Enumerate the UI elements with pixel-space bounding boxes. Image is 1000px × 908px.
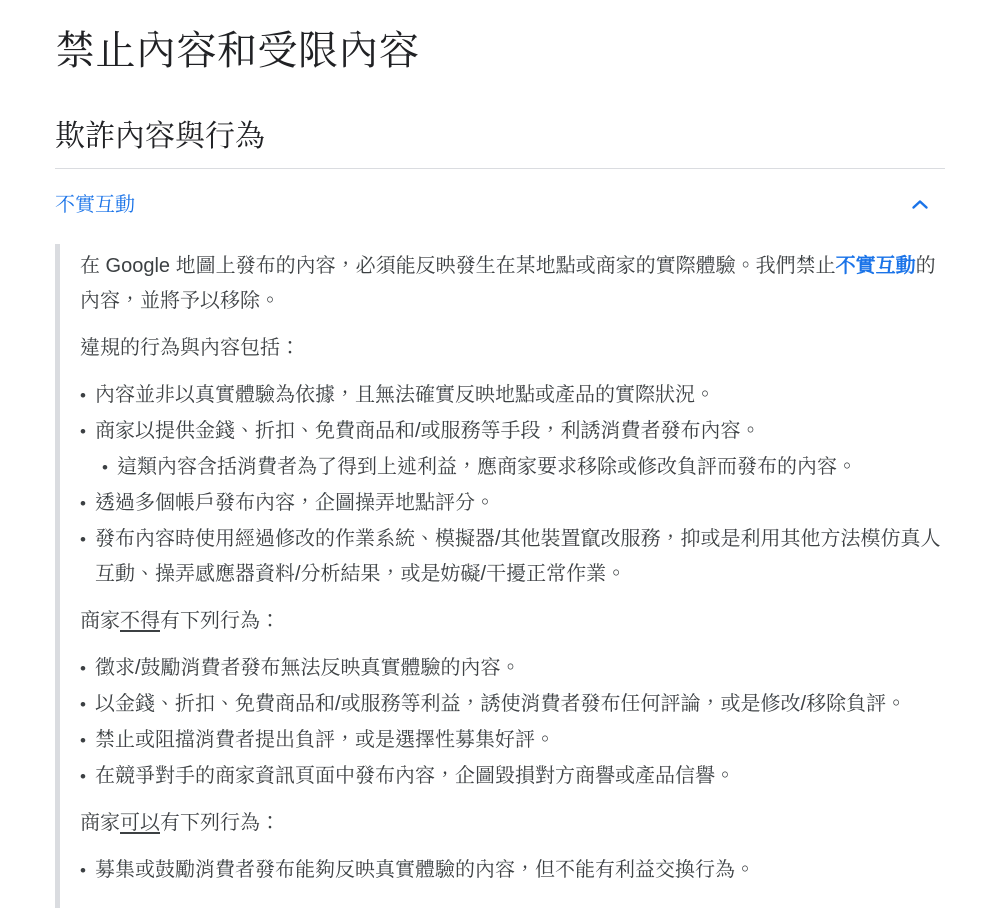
list-item: 內容並非以真實體驗為依據，且無法確實反映地點或產品的實際狀況。 bbox=[80, 378, 945, 413]
list-item: 這類內容含括消費者為了得到上述利益，應商家要求移除或修改負評而發布的內容。 bbox=[102, 450, 945, 485]
list-item: 商家以提供金錢、折扣、免費商品和/或服務等手段，利誘消費者發布內容。 這類內容含… bbox=[80, 414, 945, 485]
violations-intro: 違規的行為與內容包括： bbox=[80, 331, 945, 366]
nested-list: 這類內容含括消費者為了得到上述利益，應商家要求移除或修改負評而發布的內容。 bbox=[102, 450, 945, 485]
list-item-text: 這類內容含括消費者為了得到上述利益，應商家要求移除或修改負評而發布的內容。 bbox=[117, 456, 857, 478]
list-item-text: 透過多個帳戶發布內容，企圖操弄地點評分。 bbox=[95, 492, 495, 514]
list-item-text: 以金錢、折扣、免費商品和/或服務等利益，誘使消費者發布任何評論，或是修改/移除負… bbox=[95, 693, 906, 715]
list-item: 以金錢、折扣、免費商品和/或服務等利益，誘使消費者發布任何評論，或是修改/移除負… bbox=[80, 687, 945, 722]
may-suffix: 有下列行為： bbox=[160, 812, 280, 834]
may-list: 募集或鼓勵消費者發布能夠反映真實體驗的內容，但不能有利益交換行為。 bbox=[80, 853, 945, 888]
must-not-prefix: 商家 bbox=[80, 610, 120, 632]
section-divider bbox=[55, 168, 945, 169]
must-not-keyword: 不得 bbox=[120, 610, 160, 632]
list-item-text: 禁止或阻擋消費者提出負評，或是選擇性募集好評。 bbox=[95, 729, 555, 751]
fake-engagement-inline-link[interactable]: 不實互動 bbox=[836, 255, 916, 277]
chevron-up-icon[interactable] bbox=[907, 192, 933, 218]
list-item-text: 內容並非以真實體驗為依據，且無法確實反映地點或產品的實際狀況。 bbox=[95, 384, 715, 406]
must-not-intro: 商家不得有下列行為： bbox=[80, 604, 945, 639]
list-item-text: 募集或鼓勵消費者發布能夠反映真實體驗的內容，但不能有利益交換行為。 bbox=[95, 859, 755, 881]
list-item: 在競爭對手的商家資訊頁面中發布內容，企圖毀損對方商譽或產品信譽。 bbox=[80, 759, 945, 794]
list-item-text: 商家以提供金錢、折扣、免費商品和/或服務等手段，利誘消費者發布內容。 bbox=[95, 420, 761, 442]
accordion-header-fake-engagement[interactable]: 不實互動 bbox=[55, 192, 945, 218]
accordion-title-link[interactable]: 不實互動 bbox=[55, 193, 135, 217]
intro-text-before: 在 Google 地圖上發布的內容，必須能反映發生在某地點或商家的實際體驗。我們… bbox=[80, 255, 836, 277]
must-not-suffix: 有下列行為： bbox=[160, 610, 280, 632]
may-prefix: 商家 bbox=[80, 812, 120, 834]
list-item: 禁止或阻擋消費者提出負評，或是選擇性募集好評。 bbox=[80, 723, 945, 758]
list-item: 發布內容時使用經過修改的作業系統、模擬器/其他裝置竄改服務，抑或是利用其他方法模… bbox=[80, 522, 945, 592]
list-item: 透過多個帳戶發布內容，企圖操弄地點評分。 bbox=[80, 486, 945, 521]
violations-list: 內容並非以真實體驗為依據，且無法確實反映地點或產品的實際狀況。 商家以提供金錢、… bbox=[80, 378, 945, 592]
list-item-text: 在競爭對手的商家資訊頁面中發布內容，企圖毀損對方商譽或產品信譽。 bbox=[95, 765, 735, 787]
may-keyword: 可以 bbox=[120, 812, 160, 834]
section-title: 欺詐內容與行為 bbox=[55, 118, 945, 156]
list-item: 徵求/鼓勵消費者發布無法反映真實體驗的內容。 bbox=[80, 651, 945, 686]
list-item-text: 徵求/鼓勵消費者發布無法反映真實體驗的內容。 bbox=[95, 657, 521, 679]
list-item-text: 發布內容時使用經過修改的作業系統、模擬器/其他裝置竄改服務，抑或是利用其他方法模… bbox=[95, 528, 941, 585]
list-item: 募集或鼓勵消費者發布能夠反映真實體驗的內容，但不能有利益交換行為。 bbox=[80, 853, 945, 888]
must-not-list: 徵求/鼓勵消費者發布無法反映真實體驗的內容。 以金錢、折扣、免費商品和/或服務等… bbox=[80, 651, 945, 794]
intro-paragraph: 在 Google 地圖上發布的內容，必須能反映發生在某地點或商家的實際體驗。我們… bbox=[80, 249, 945, 319]
page-title: 禁止內容和受限內容 bbox=[55, 26, 945, 76]
accordion-content-panel: 在 Google 地圖上發布的內容，必須能反映發生在某地點或商家的實際體驗。我們… bbox=[55, 244, 945, 908]
may-intro: 商家可以有下列行為： bbox=[80, 806, 945, 841]
